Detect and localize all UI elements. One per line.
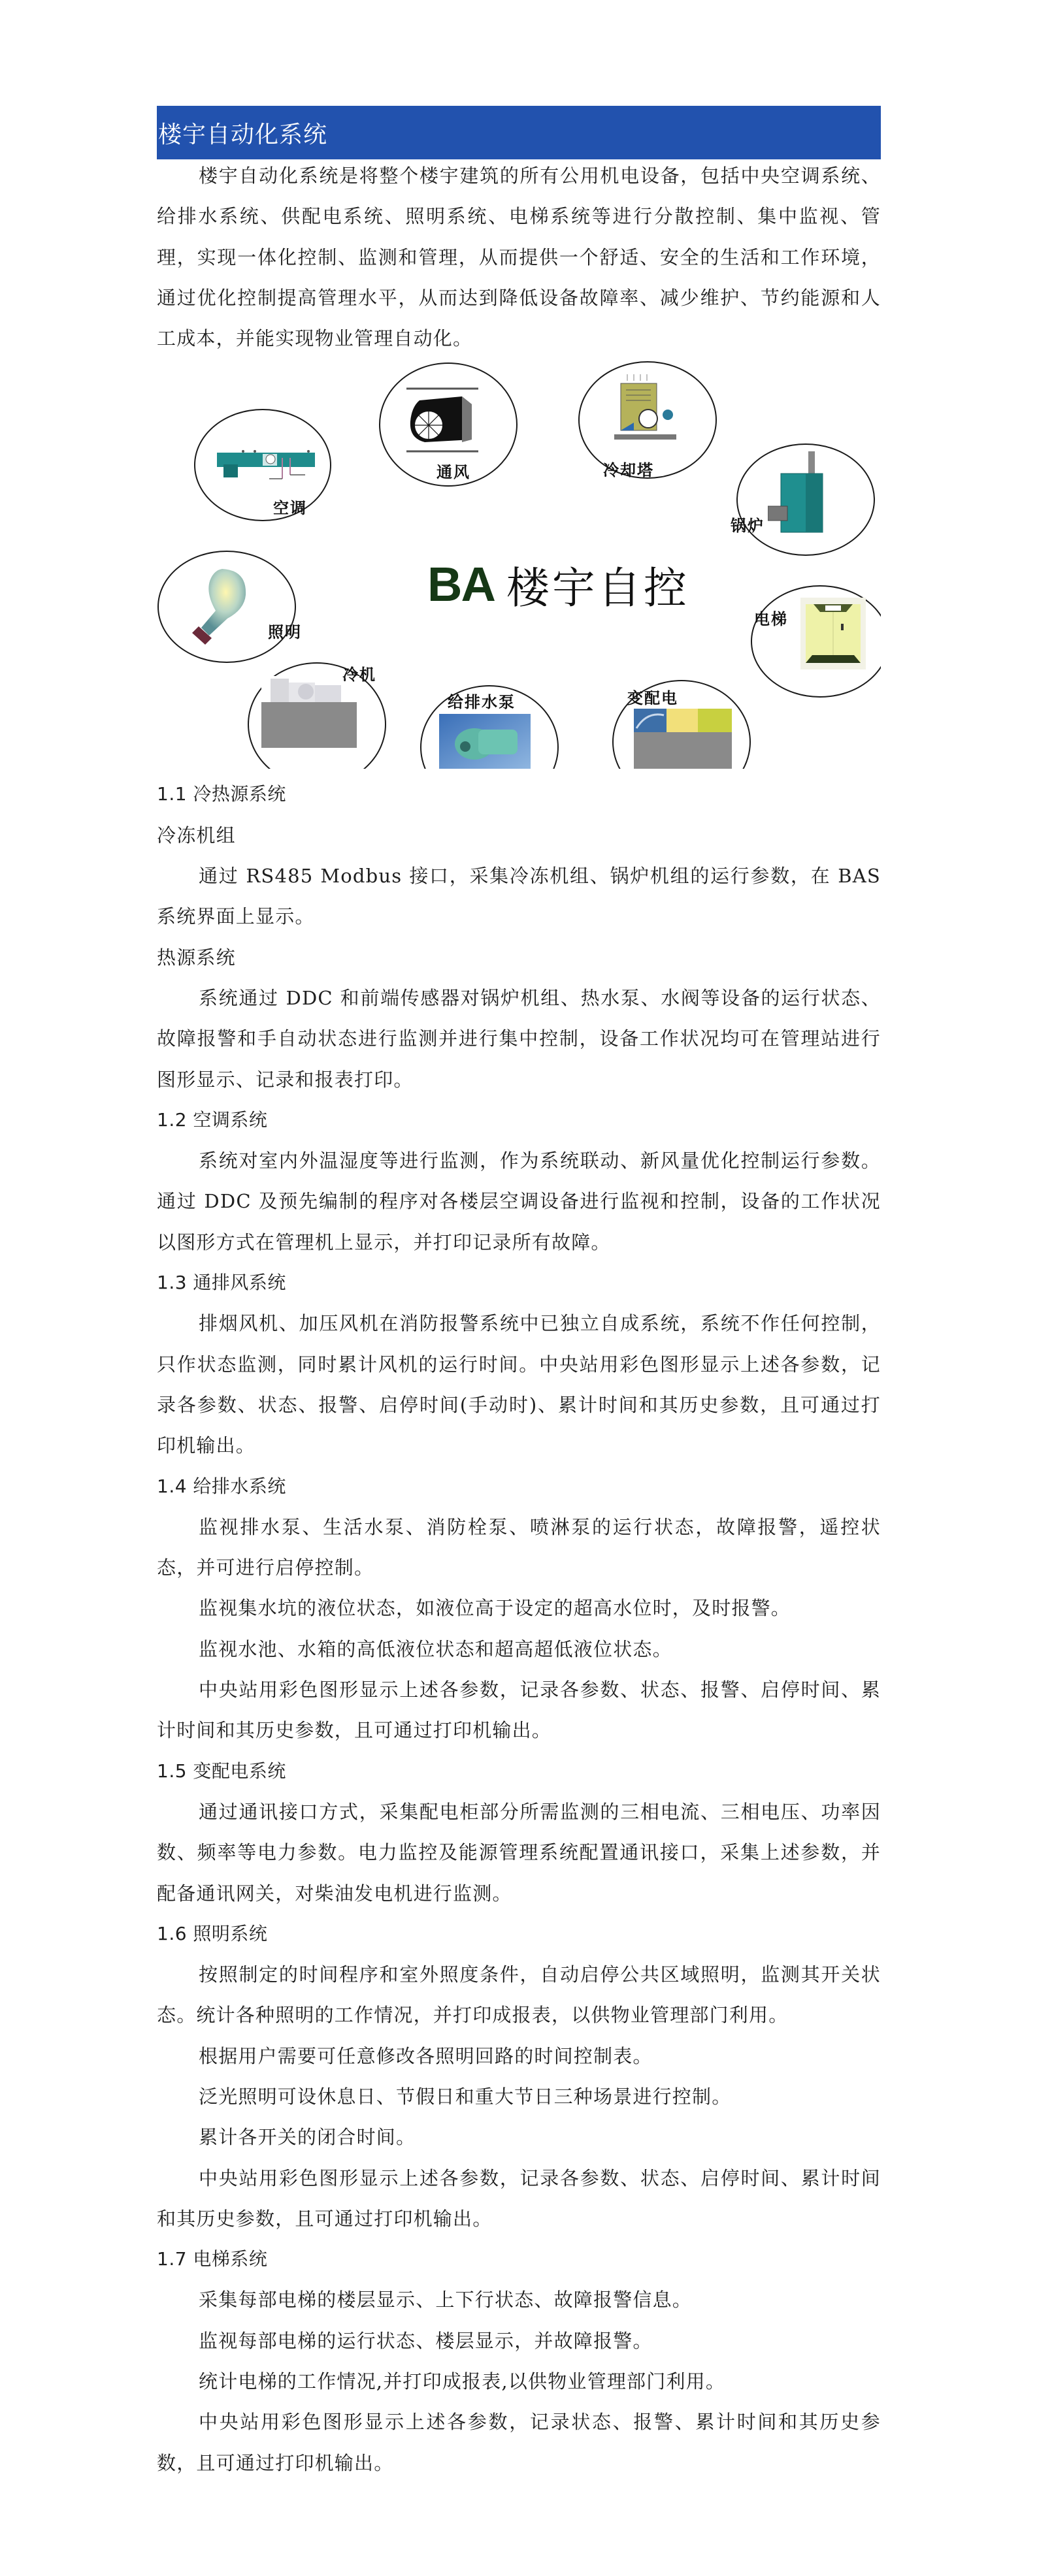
paragraph: 监视排水泵、生活水泵、消防栓泵、喷淋泵的运行状态，故障报警，遥控状态，并可进行启… [157,1507,881,1588]
section-heading-1-2: 1.2 空调系统 [157,1100,881,1140]
diagram-center-label: BA 楼宇自控 [427,553,689,615]
ba-acronym: BA [427,556,495,612]
paragraph: 采集每部电梯的楼层显示、上下行状态、故障报警信息。 [157,2279,881,2320]
air-handling-unit-icon [217,445,321,484]
intro-paragraph: 楼宇自动化系统是将整个楼宇建筑的所有公用机电设备，包括中央空调系统、给排水系统、… [157,155,881,359]
light-bulb-icon [183,564,255,649]
ba-system-diagram: 空调 通风 冷却塔 [157,361,881,769]
document-page: 楼宇自动化系统 楼宇自动化系统是将整个楼宇建筑的所有公用机电设备，包括中央空调系… [157,106,881,2483]
elevator-car-icon [800,598,866,669]
paragraph: 中央站用彩色图形显示上述各参数，记录状态、报警、累计时间和其历史参数，且可通过打… [157,2402,881,2483]
diagram-node-label: 通风 [436,459,470,482]
ba-chinese-title: 楼宇自控 [506,553,689,615]
section-heading-1-4: 1.4 给排水系统 [157,1466,881,1507]
paragraph: 通过 RS485 Modbus 接口，采集冷冻机组、锅炉机组的运行参数，在 BA… [157,856,881,937]
section-heading-1-3: 1.3 通排风系统 [157,1263,881,1303]
document-title: 楼宇自动化系统 [158,116,327,150]
paragraph: 累计各开关的闭合时间。 [157,2117,881,2157]
cooling-tower-icon [608,374,680,446]
ventilation-fan-icon [406,387,478,453]
intro-section: 楼宇自动化系统是将整个楼宇建筑的所有公用机电设备，包括中央空调系统、给排水系统、… [157,155,881,359]
paragraph: 监视每部电梯的运行状态、楼层显示，并故障报警。 [157,2321,881,2361]
diagram-node-label: 照明 [268,619,302,642]
paragraph: 排烟风机、加压风机在消防报警系统中已独立自成系统，系统不作任何控制，只作状态监测… [157,1303,881,1466]
diagram-node-label: 电梯 [754,606,788,629]
paragraph: 根据用户需要可任意修改各照明回路的时间控制表。 [157,2036,881,2076]
section-heading-1-1: 1.1 冷热源系统 [157,774,881,814]
diagram-node-label: 变配电 [627,685,678,708]
diagram-node-label: 给排水泵 [448,689,516,712]
paragraph: 中央站用彩色图形显示上述各参数，记录各参数、状态、报警、启停时间、累计时间和其历… [157,1669,881,1751]
diagram-node-label: 冷却塔 [603,457,654,480]
paragraph: 系统对室内外温湿度等进行监测，作为系统联动、新风量优化控制运行参数。通过 DDC… [157,1140,881,1263]
section-heading-1-5: 1.5 变配电系统 [157,1751,881,1792]
diagram-node-label: 空调 [273,495,307,518]
water-pump-icon [439,714,531,769]
paragraph: 监视水池、水箱的高低液位状态和超高超低液位状态。 [157,1629,881,1669]
power-distribution-icon [634,709,732,769]
section-heading-1-6: 1.6 照明系统 [157,1914,881,1954]
paragraph: 系统通过 DDC 和前端传感器对锅炉机组、热水泵、水阀等设备的运行状态、故障报警… [157,978,881,1100]
boiler-icon [768,451,833,536]
sections-container: 1.1 冷热源系统 冷冻机组 通过 RS485 Modbus 接口，采集冷冻机组… [157,774,881,2483]
paragraph: 泛光照明可设休息日、节假日和重大节日三种场景进行控制。 [157,2076,881,2117]
paragraph: 统计电梯的工作情况,并打印成报表,以供物业管理部门利用。 [157,2361,881,2402]
subheading-heat-source: 热源系统 [157,937,881,978]
subheading-chiller-unit: 冷冻机组 [157,815,881,856]
paragraph: 监视集水坑的液位状态，如液位高于设定的超高水位时，及时报警。 [157,1588,881,1628]
paragraph: 按照制定的时间程序和室外照度条件，自动启停公共区域照明，监测其开关状态。统计各种… [157,1954,881,2036]
diagram-node-label: 锅炉 [731,513,765,536]
document-title-bar: 楼宇自动化系统 [157,106,881,159]
section-heading-1-7: 1.7 电梯系统 [157,2239,881,2279]
chiller-icon [261,676,359,748]
paragraph: 通过通讯接口方式，采集配电柜部分所需监测的三相电流、三相电压、功率因数、频率等电… [157,1792,881,1914]
paragraph: 中央站用彩色图形显示上述各参数，记录各参数、状态、启停时间、累计时间和其历史参数… [157,2158,881,2240]
diagram-node-label: 冷机 [342,662,376,684]
